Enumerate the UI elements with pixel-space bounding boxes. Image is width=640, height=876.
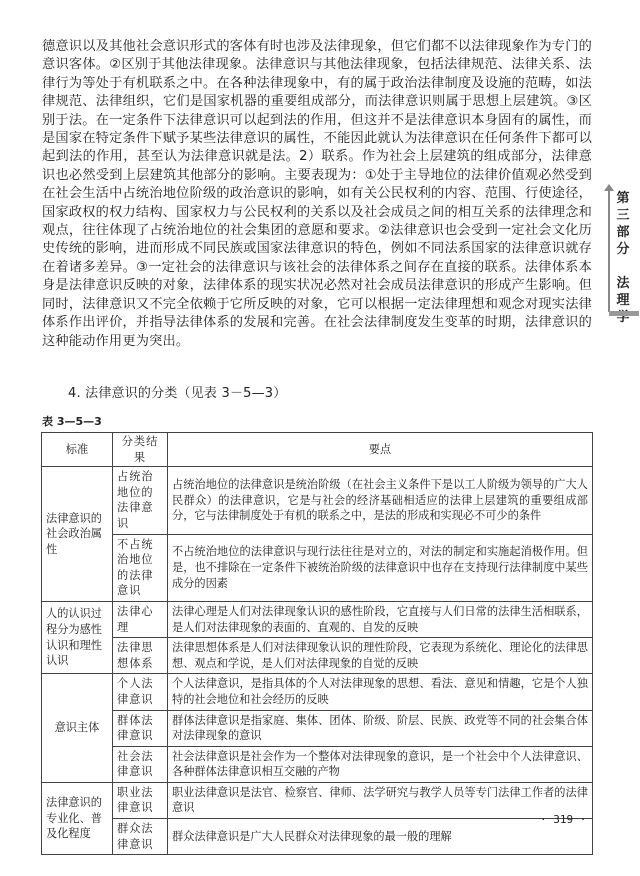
result-cell: 占统治地位的法律意识 (113, 467, 168, 534)
table-row: 群众法律意识 群众法律意识是广大人民群众对法律现象的最一般的理解 (42, 819, 593, 855)
point-cell: 群众法律意识是广大人民群众对法律现象的最一般的理解 (168, 819, 593, 855)
header-result: 分类结果 (113, 433, 168, 467)
table-row: 法律思想体系 法律思想体系是人们对法律现象认识的理性阶段，它表现为系统化、理论化… (42, 638, 593, 674)
point-cell: 个人法律意识，是指具体的个人对法律现象的思想、看法、意见和情趣，它是个人独特的社… (168, 674, 593, 710)
result-cell: 法律思想体系 (113, 638, 168, 674)
result-cell: 职业法律意识 (113, 782, 168, 818)
table-row: 意识主体 个人法律意识 个人法律意识，是指具体的个人对法律现象的思想、看法、意见… (42, 674, 593, 710)
side-tab-text: 第 三 部 分 法 理 学 (612, 190, 634, 326)
standard-cell: 意识主体 (42, 674, 113, 783)
point-cell: 不占统治地位的法律意识与现行法往往是对立的，对法的制定和实施起消极作用。但是，也… (168, 534, 593, 601)
result-cell: 群体法律意识 (113, 710, 168, 746)
page-number: · 319 · (540, 813, 586, 826)
classification-table: 标准 分类结果 要点 法律意识的社会政治属性 占统治地位的法律意识 占统治地位的… (41, 432, 593, 855)
result-cell: 不占统治地位的法律意识 (113, 534, 168, 601)
table-caption: 表 3—5—3 (42, 413, 102, 429)
arrow-up-icon (604, 184, 614, 191)
point-cell: 法律思想体系是人们对法律现象认识的理性阶段，它表现为系统化、理论化的法律思想、观… (168, 638, 593, 674)
body-paragraph: 德意识以及其他社会意识形式的客体有时也涉及法律现象，但它们都不以法律现象作为专门… (42, 38, 592, 351)
point-cell: 法律心理是人们对法律现象认识的感性阶段，它直接与人们日常的法律生活相联系，是人们… (168, 601, 593, 637)
section-subheading: 4. 法律意识的分类（见表 3－5—3） (68, 382, 286, 401)
table-row: 法律意识的专业化、普及化程度 职业法律意识 职业法律意识是法官、检察官、律师、法… (42, 782, 593, 818)
table-row: 法律意识的社会政治属性 占统治地位的法律意识 占统治地位的法律意识是统治阶级（在… (42, 467, 593, 534)
standard-cell: 人的认识过程分为感性认识和理性认识 (42, 601, 113, 673)
result-cell: 社会法律意识 (113, 746, 168, 782)
side-tab-bar (609, 311, 639, 316)
point-cell: 职业法律意识是法官、检察官、律师、法学研究与教学人员等专门法律工作者的法律意识 (168, 782, 593, 818)
header-standard: 标准 (42, 433, 113, 467)
table-header-row: 标准 分类结果 要点 (42, 433, 593, 467)
table-row: 社会法律意识 社会法律意识是社会作为一个整体对法律现象的意识，是一个社会中个人法… (42, 746, 593, 782)
point-cell: 群体法律意识是指家庭、集体、团体、阶级、阶层、民族、政党等不同的社会集合体对法律… (168, 710, 593, 746)
result-cell: 法律心理 (113, 601, 168, 637)
table-row: 人的认识过程分为感性认识和理性认识 法律心理 法律心理是人们对法律现象认识的感性… (42, 601, 593, 637)
point-cell: 占统治地位的法律意识是统治阶级（在社会主义条件下是以工人阶级为领导的广大人民群众… (168, 467, 593, 534)
header-points: 要点 (168, 433, 593, 467)
chapter-side-tab: 第 三 部 分 法 理 学 (608, 190, 634, 312)
standard-cell: 法律意识的专业化、普及化程度 (42, 782, 113, 854)
point-cell: 社会法律意识是社会作为一个整体对法律现象的意识，是一个社会中个人法律意识、各种群… (168, 746, 593, 782)
table-row: 群体法律意识 群体法律意识是指家庭、集体、团体、阶级、阶层、民族、政党等不同的社… (42, 710, 593, 746)
table-row: 不占统治地位的法律意识 不占统治地位的法律意识与现行法往往是对立的，对法的制定和… (42, 534, 593, 601)
standard-cell: 法律意识的社会政治属性 (42, 467, 113, 602)
paragraph-text: 德意识以及其他社会意识形式的客体有时也涉及法律现象，但它们都不以法律现象作为专门… (42, 38, 592, 351)
result-cell: 群众法律意识 (113, 819, 168, 855)
result-cell: 个人法律意识 (113, 674, 168, 710)
